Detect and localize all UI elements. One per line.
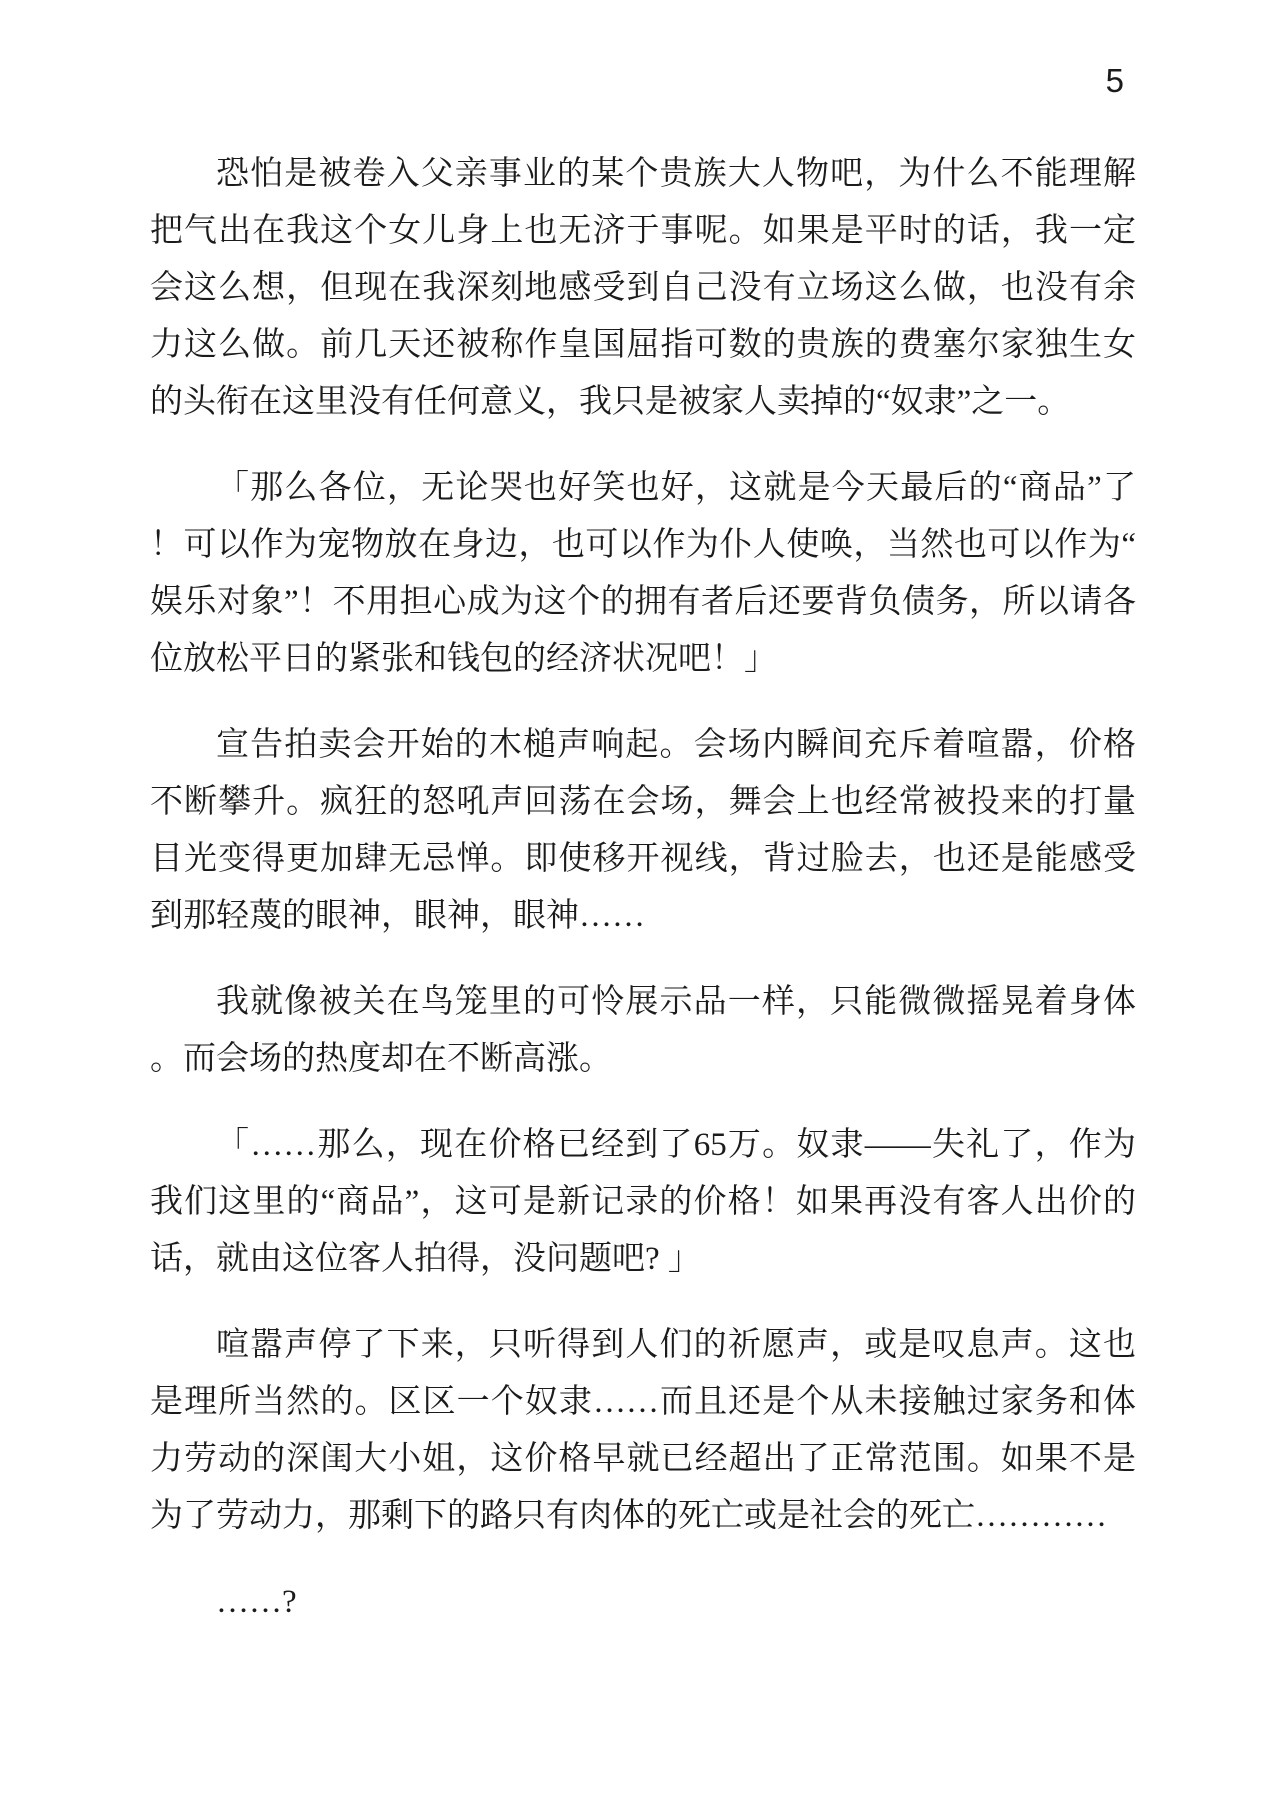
paragraph: 宣告拍卖会开始的木槌声响起。会场内瞬间充斥着喧嚣，价格不断攀升。疯狂的怒吼声回荡… <box>150 717 1136 945</box>
paragraph: 恐怕是被卷入父亲事业的某个贵族大人物吧，为什么不能理解把气出在我这个女儿身上也无… <box>150 146 1136 431</box>
paragraph: ……? <box>150 1574 1136 1631</box>
paragraph: 「那么各位，无论哭也好笑也好，这就是今天最后的“商品”了！可以作为宠物放在身边，… <box>150 460 1136 688</box>
paragraph: 「……那么，现在价格已经到了65万。奴隶——失礼了，作为我们这里的“商品”，这可… <box>150 1117 1136 1288</box>
paragraph: 我就像被关在鸟笼里的可怜展示品一样，只能微微摇晃着身体。而会场的热度却在不断高涨… <box>150 974 1136 1088</box>
page-body: 恐怕是被卷入父亲事业的某个贵族大人物吧，为什么不能理解把气出在我这个女儿身上也无… <box>150 146 1136 1660</box>
document-page: 5 恐怕是被卷入父亲事业的某个贵族大人物吧，为什么不能理解把气出在我这个女儿身上… <box>0 0 1280 1810</box>
page-number: 5 <box>1106 64 1124 97</box>
paragraph: 喧嚣声停了下来，只听得到人们的祈愿声，或是叹息声。这也是理所当然的。区区一个奴隶… <box>150 1317 1136 1545</box>
